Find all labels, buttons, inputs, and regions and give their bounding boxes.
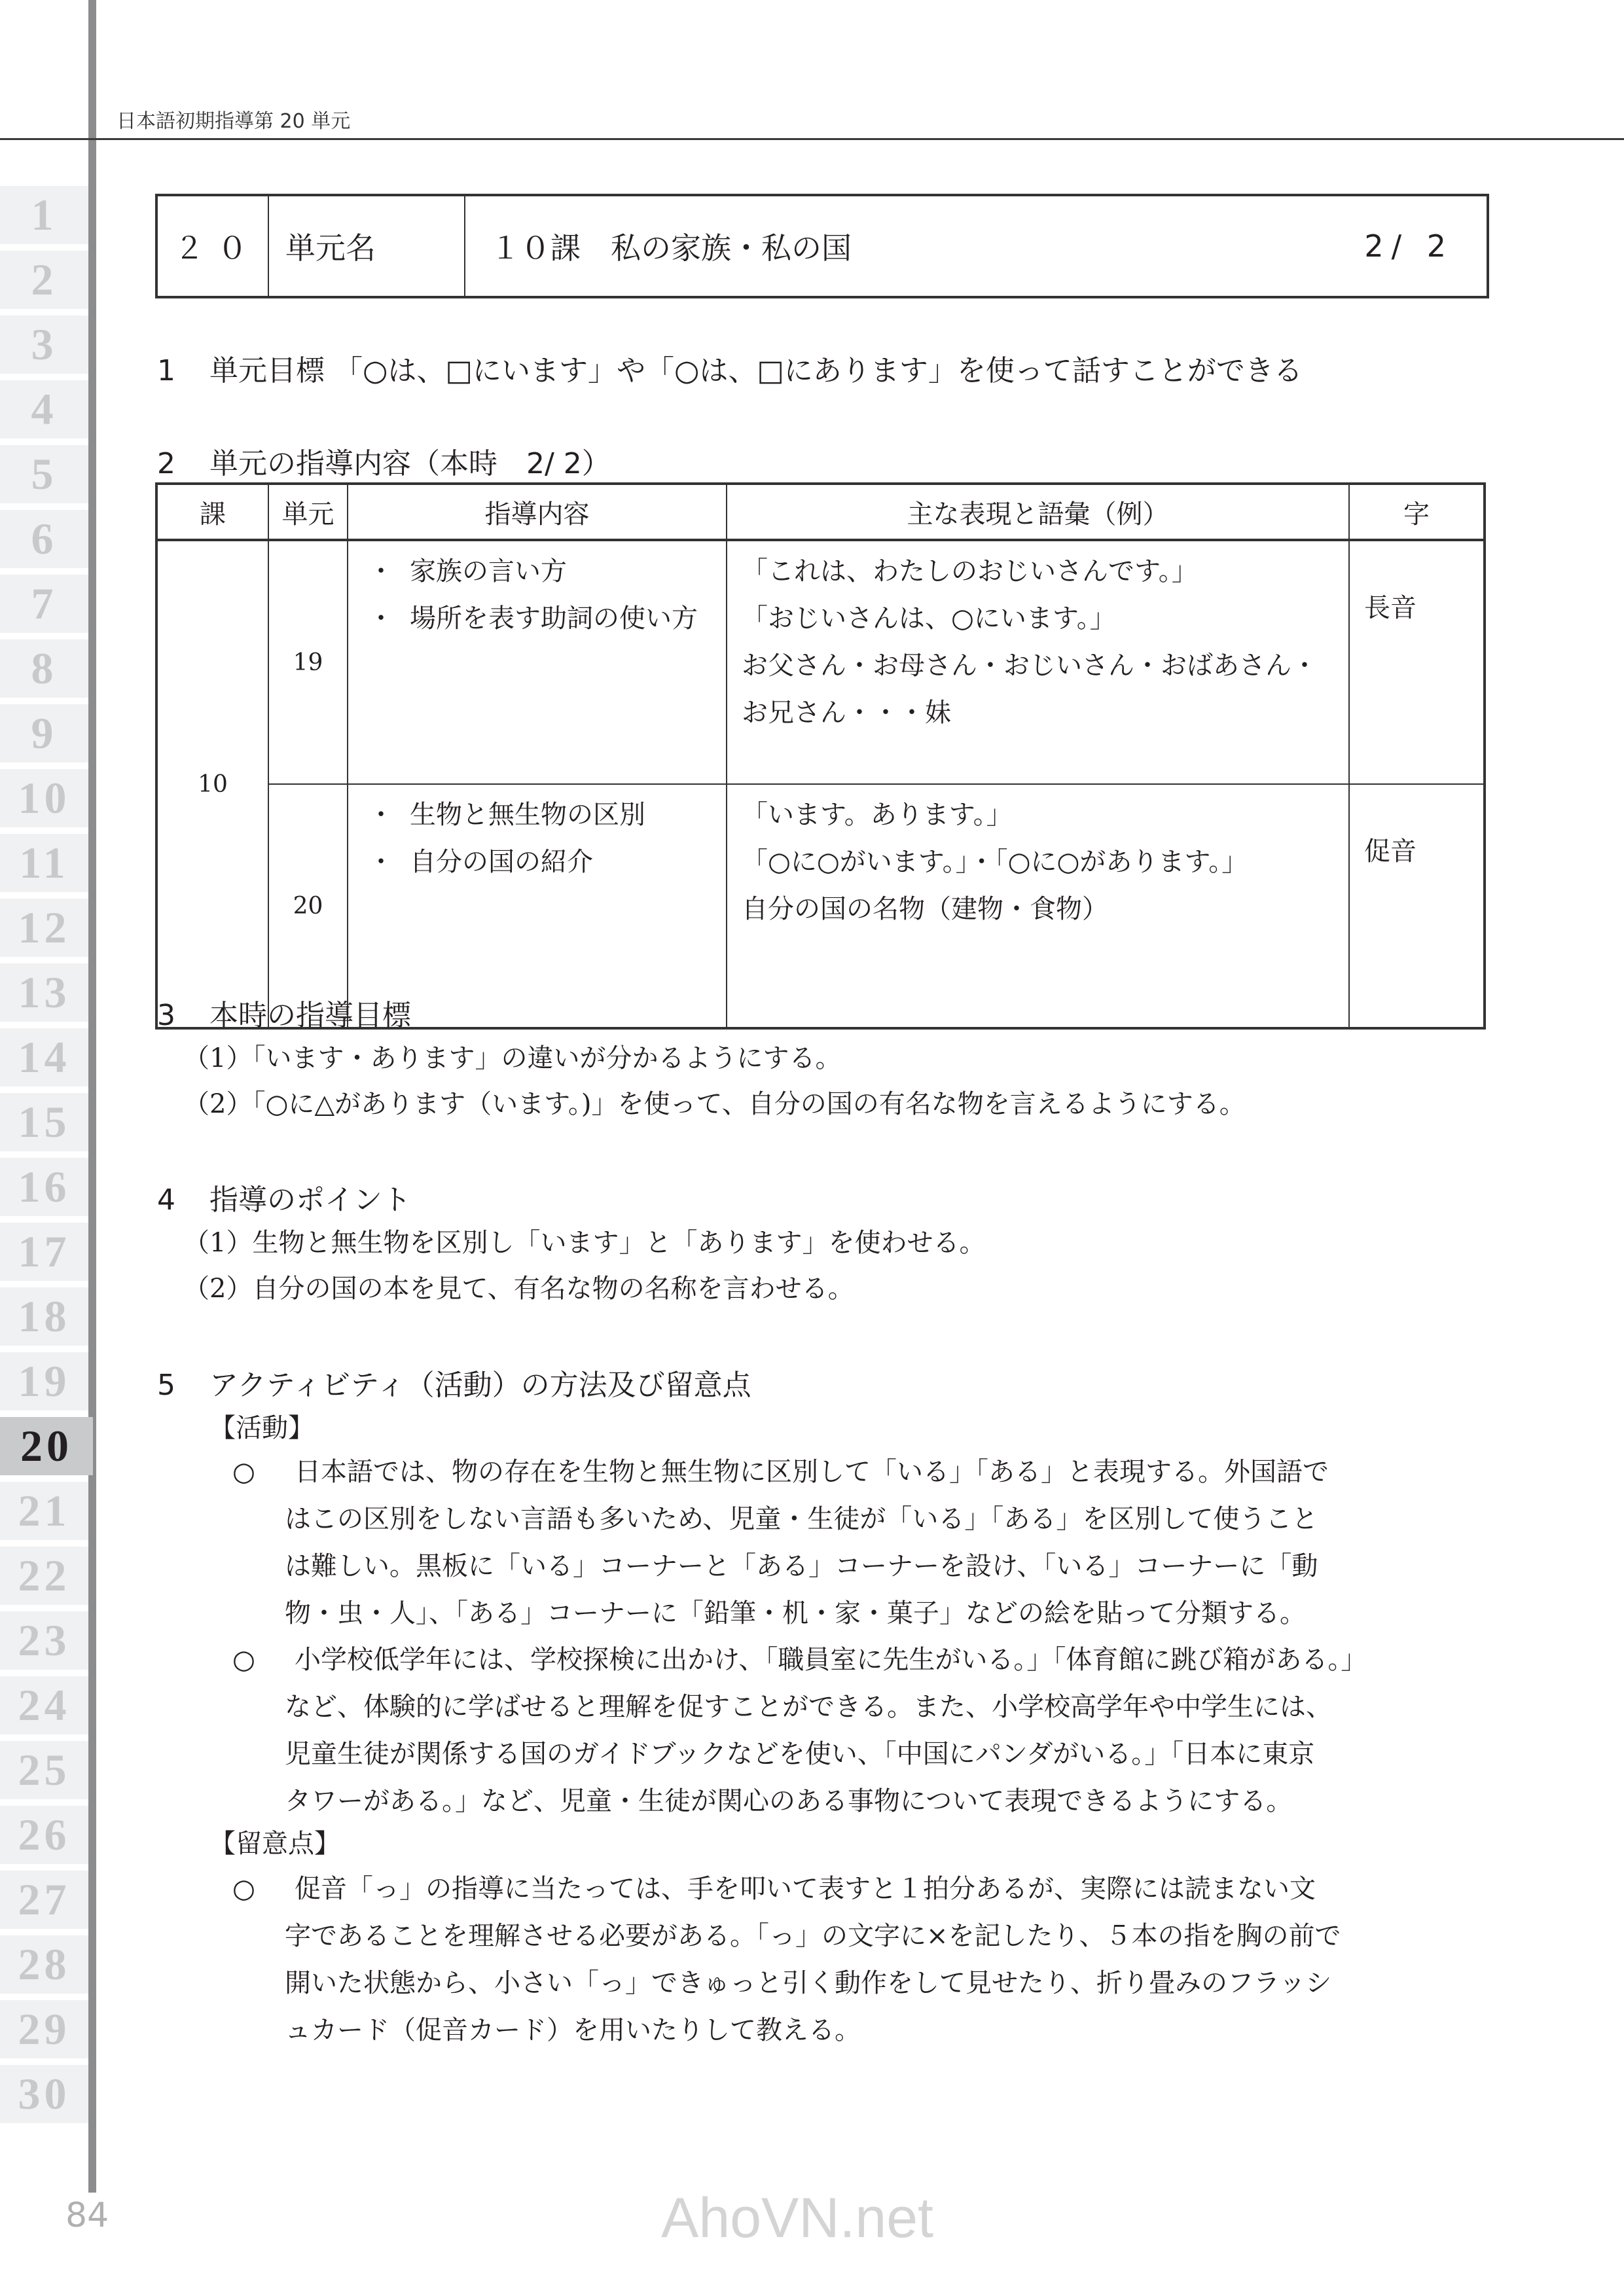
section-3-heading: 3本時の指導目標: [157, 992, 411, 1033]
text-line: 日本語では、物の存在を生物と無生物に区別して「いる」「ある」と表現する。外国語で: [232, 1448, 1476, 1496]
lesson-count: 2/ 2: [1364, 228, 1454, 264]
section-2-heading: 2単元の指導内容（本時 2/ 2）: [157, 440, 611, 482]
unit-tab-4[interactable]: 4: [0, 380, 88, 439]
unit-title-cell: １０課 私の家族・私の国 2/ 2: [465, 196, 1487, 296]
text-line: 字であることを理解させる必要がある。「っ」の文字に×を記したり、５本の指を胸の前…: [232, 1912, 1476, 1960]
unit-tab-14[interactable]: 14: [0, 1028, 88, 1086]
page-number: 84: [65, 2196, 109, 2235]
content-text: 場所を表す助詞の使い方: [410, 595, 698, 642]
unit-tab-17[interactable]: 17: [0, 1223, 88, 1281]
table-row: 10 19 ・家族の言い方 ・場所を表す助詞の使い方 「これは、わたしのおじいさ…: [156, 540, 1485, 784]
expression-text: お父さん・お母さん・おじいさん・おばあさん・お兄さん・・・妹: [742, 642, 1341, 736]
header-lesson: 課: [156, 484, 268, 540]
expression-text: 「○に○がいます。」・「○に○があります。」: [742, 838, 1341, 886]
activity-item-1: ○ 日本語では、物の存在を生物と無生物に区別して「いる」「ある」と表現する。外国…: [232, 1448, 1476, 1637]
unit-tab-23[interactable]: 23: [0, 1611, 88, 1670]
expression-text: 「おじいさんは、○にいます。」: [742, 595, 1341, 642]
section-title: アクティビティ（活動）の方法及び留意点: [209, 1369, 751, 1402]
expression-text: 「これは、わたしのおじいさんです。」: [742, 548, 1341, 595]
text-line: 児童生徒が関係する国のガイドブックなどを使い、「中国にパンダがいる。」「日本に東…: [232, 1731, 1476, 1778]
header-rule: [0, 138, 1624, 140]
header-character: 字: [1349, 484, 1485, 540]
section-title: 単元の指導内容（本時 2/ 2）: [209, 447, 611, 480]
list-item: ・自分の国の紹介: [368, 838, 718, 886]
expressions-cell: 「これは、わたしのおじいさんです。」 「おじいさんは、○にいます。」 お父さん・…: [727, 540, 1349, 784]
unit-tab-12[interactable]: 12: [0, 899, 88, 957]
unit-tab-18[interactable]: 18: [0, 1287, 88, 1346]
list-item: ・家族の言い方: [368, 548, 718, 595]
unit-tab-10[interactable]: 10: [0, 769, 88, 827]
unit-tab-19[interactable]: 19: [0, 1352, 88, 1410]
notes-label: 【留意点】: [209, 1823, 340, 1860]
unit-tab-16[interactable]: 16: [0, 1158, 88, 1216]
unit-title: １０課 私の家族・私の国: [490, 224, 852, 268]
section-number: 5: [157, 1369, 209, 1402]
header-unit: 単元: [268, 484, 348, 540]
unit-tab-8[interactable]: 8: [0, 639, 88, 698]
content-text: 生物と無生物の区別: [410, 791, 645, 838]
unit-tab-30[interactable]: 30: [0, 2065, 88, 2123]
text-line: など、体験的に学ばせると理解を促すことができる。また、小学校高学年や中学生には、: [232, 1683, 1476, 1731]
running-head: 日本語初期指導第 20 単元: [117, 105, 350, 134]
unit-tab-3[interactable]: 3: [0, 315, 88, 374]
section-5-heading: 5アクティビティ（活動）の方法及び留意点: [157, 1361, 751, 1403]
text-line: 開いた状態から、小さい「っ」できゅっと引く動作をして見せたり、折り畳みのフラッシ: [232, 1960, 1476, 2007]
section-1-unit-goal: 1単元目標 「○は、□にいます」や「○は、□にあります」を使って話すことができる: [157, 347, 1303, 389]
goal-item-2: （2）「○に△があります（います。)」を使って、自分の国の有名な物を言えるように…: [183, 1083, 1246, 1121]
unit-tab-11[interactable]: 11: [0, 834, 88, 892]
unit-tab-1[interactable]: 1: [0, 186, 88, 244]
unit-tab-7[interactable]: 7: [0, 575, 88, 633]
goal-item-1: （1）「います・あります」の違いが分かるようにする。: [183, 1037, 841, 1075]
activity-label: 【活動】: [209, 1407, 314, 1444]
character-cell: 長音: [1349, 540, 1485, 784]
content-cell: ・家族の言い方 ・場所を表す助詞の使い方: [348, 540, 727, 784]
text-line: 小学校低学年には、学校探検に出かけ、「職員室に先生がいる。」「体育館に跳び箱があ…: [232, 1636, 1476, 1683]
unit-tab-21[interactable]: 21: [0, 1482, 88, 1540]
unit-tab-15[interactable]: 15: [0, 1093, 88, 1151]
section-number: 4: [157, 1183, 209, 1217]
note-item-1: ○ 促音「っ」の指導に当たっては、手を叩いて表すと１拍分あるが、実際には読まない…: [232, 1865, 1476, 2054]
unit-goal-text: 単元目標 「○は、□にいます」や「○は、□にあります」を使って話すことができる: [209, 354, 1303, 387]
unit-number: ２０: [158, 196, 269, 296]
section-title: 本時の指導目標: [209, 999, 411, 1032]
unit-tab-25[interactable]: 25: [0, 1741, 88, 1799]
section-4-heading: 4指導のポイント: [157, 1176, 411, 1218]
unit-tab-26[interactable]: 26: [0, 1806, 88, 1864]
unit-tab-20[interactable]: 20: [0, 1417, 93, 1475]
unit-content-table: 課 単元 指導内容 主な表現と語彙（例） 字 10 19 ・家族の言い方 ・場所…: [155, 482, 1486, 1030]
list-item: ・場所を表す助詞の使い方: [368, 595, 718, 642]
unit-tab-9[interactable]: 9: [0, 704, 88, 762]
section-title: 指導のポイント: [209, 1183, 411, 1217]
circle-bullet: ○: [232, 1448, 255, 1496]
expressions-cell: 「います。あります。」 「○に○がいます。」・「○に○があります。」 自分の国の…: [727, 784, 1349, 1028]
unit-tab-27[interactable]: 27: [0, 1871, 88, 1929]
unit-tab-28[interactable]: 28: [0, 1935, 88, 1994]
text-line: はこの区別をしない言語も多いため、児童・生徒が「いる」「ある」を区別して使うこと: [232, 1496, 1476, 1543]
unit-label: 単元名: [269, 196, 465, 296]
lesson-cell: 10: [156, 540, 268, 1028]
activity-item-2: ○ 小学校低学年には、学校探検に出かけ、「職員室に先生がいる。」「体育館に跳び箱…: [232, 1636, 1476, 1825]
content-text: 自分の国の紹介: [410, 838, 593, 886]
text-line: 促音「っ」の指導に当たっては、手を叩いて表すと１拍分あるが、実際には読まない文: [232, 1865, 1476, 1912]
expression-text: 自分の国の名物（建物・食物）: [742, 886, 1341, 933]
text-line: は難しい。黒板に「いる」コーナーと「ある」コーナーを設け、「いる」コーナーに「動: [232, 1543, 1476, 1590]
side-rule: [88, 0, 96, 2193]
unit-tab-2[interactable]: 2: [0, 251, 88, 309]
watermark: AhoVN.net: [661, 2186, 933, 2251]
unit-tab-24[interactable]: 24: [0, 1676, 88, 1734]
text-line: 物・虫・人」、「ある」コーナーに「鉛筆・机・家・菓子」などの絵を貼って分類する。: [232, 1590, 1476, 1637]
point-item-1: （1）生物と無生物を区別し「います」と「あります」を使わせる。: [183, 1222, 985, 1259]
circle-bullet: ○: [232, 1636, 255, 1683]
unit-tab-22[interactable]: 22: [0, 1547, 88, 1605]
unit-tab-6[interactable]: 6: [0, 510, 88, 568]
unit-tab-29[interactable]: 29: [0, 2000, 88, 2058]
header-expressions: 主な表現と語彙（例）: [727, 484, 1349, 540]
header-content: 指導内容: [348, 484, 727, 540]
unit-tabs: 1234567891011121314151617181920212223242…: [0, 186, 88, 2130]
content-text: 家族の言い方: [410, 548, 567, 595]
unit-cell: 19: [268, 540, 348, 784]
unit-title-box: ２０ 単元名 １０課 私の家族・私の国 2/ 2: [155, 194, 1489, 298]
unit-tab-5[interactable]: 5: [0, 445, 88, 503]
table-header-row: 課 単元 指導内容 主な表現と語彙（例） 字: [156, 484, 1485, 540]
expression-text: 「います。あります。」: [742, 791, 1341, 838]
text-line: タワーがある。」など、児童・生徒が関心のある事物について表現できるようにする。: [232, 1778, 1476, 1825]
text-line: ュカード（促音カード）を用いたりして教える。: [232, 2007, 1476, 2054]
list-item: ・生物と無生物の区別: [368, 791, 718, 838]
character-cell: 促音: [1349, 784, 1485, 1028]
section-number: 1: [157, 354, 209, 387]
unit-tab-13[interactable]: 13: [0, 963, 88, 1022]
circle-bullet: ○: [232, 1865, 255, 1912]
section-number: 2: [157, 447, 209, 480]
point-item-2: （2）自分の国の本を見て、有名な物の名称を言わせる。: [183, 1268, 854, 1305]
section-number: 3: [157, 999, 209, 1032]
